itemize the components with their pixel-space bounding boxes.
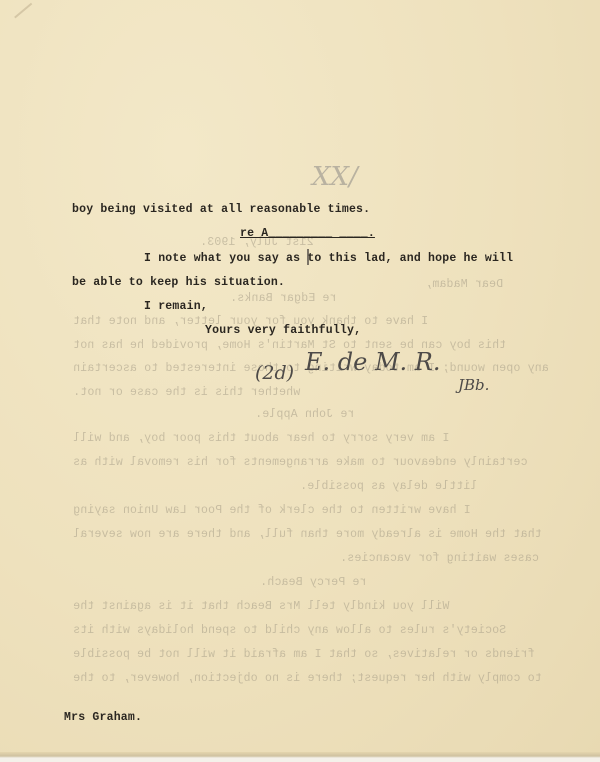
letter-page: 21st July, 1903. Dear Madam, re Edgar Ba… [0, 0, 600, 762]
bleed-p2-line-3: little delay as possible. [300, 480, 478, 493]
letter-closing: I remain, [144, 300, 208, 313]
bleed-p3-line-2: that the Home is already more than full,… [73, 528, 542, 541]
bleed-heading-2: re John Apple. [255, 408, 354, 421]
bleed-p4-line-4: to comply with her request; there is no … [73, 672, 542, 685]
bleed-p2-line-2: certainly endeavour to make arrangements… [73, 456, 527, 469]
letter-heading: re A_________ ____. [240, 227, 375, 240]
addressee: Mrs Graham. [64, 711, 142, 724]
bleed-p4-line-1: Will you kindly tell Mrs Beach that it i… [73, 600, 449, 613]
letter-line-1: boy being visited at all reasonable time… [72, 203, 370, 216]
page-bottom-edge [0, 752, 600, 762]
strikeout-mark [307, 249, 309, 265]
signature-name: E. de M. R. [305, 348, 441, 376]
letter-valediction: Yours very faithfully, [205, 324, 361, 337]
signature-initials: JBb. [458, 376, 489, 394]
bleed-salutation: Dear Madam, [425, 278, 503, 291]
bleed-p1-line-2: this boy can be sent to St Martin's Home… [73, 339, 506, 352]
bleed-p3-line-1: I have written to the clerk of the Poor … [73, 504, 471, 517]
letter-line-2: I note what you say as to this lad, and … [144, 252, 513, 265]
letter-line-3: be able to keep his situation. [72, 276, 285, 289]
bleed-p4-line-3: friends or relatives, so that I am afrai… [73, 648, 535, 661]
bleed-p3-line-3: cases waiting for vacancies. [340, 552, 539, 565]
bleed-heading-3: re Percy Beach. [260, 576, 367, 589]
folded-corner [0, 0, 32, 18]
bleed-p2-line-1: I am very sorry to hear about this poor … [73, 432, 449, 445]
signature-prefix: (2d) [255, 362, 294, 384]
bleed-heading-1: re Edgar Banks. [230, 292, 337, 305]
bleed-p1-line-4: whether this is the case or not. [73, 386, 300, 399]
pencil-mark: XX/ [312, 162, 358, 192]
bleed-p4-line-2: Society's rules to allow any child to sp… [73, 624, 506, 637]
